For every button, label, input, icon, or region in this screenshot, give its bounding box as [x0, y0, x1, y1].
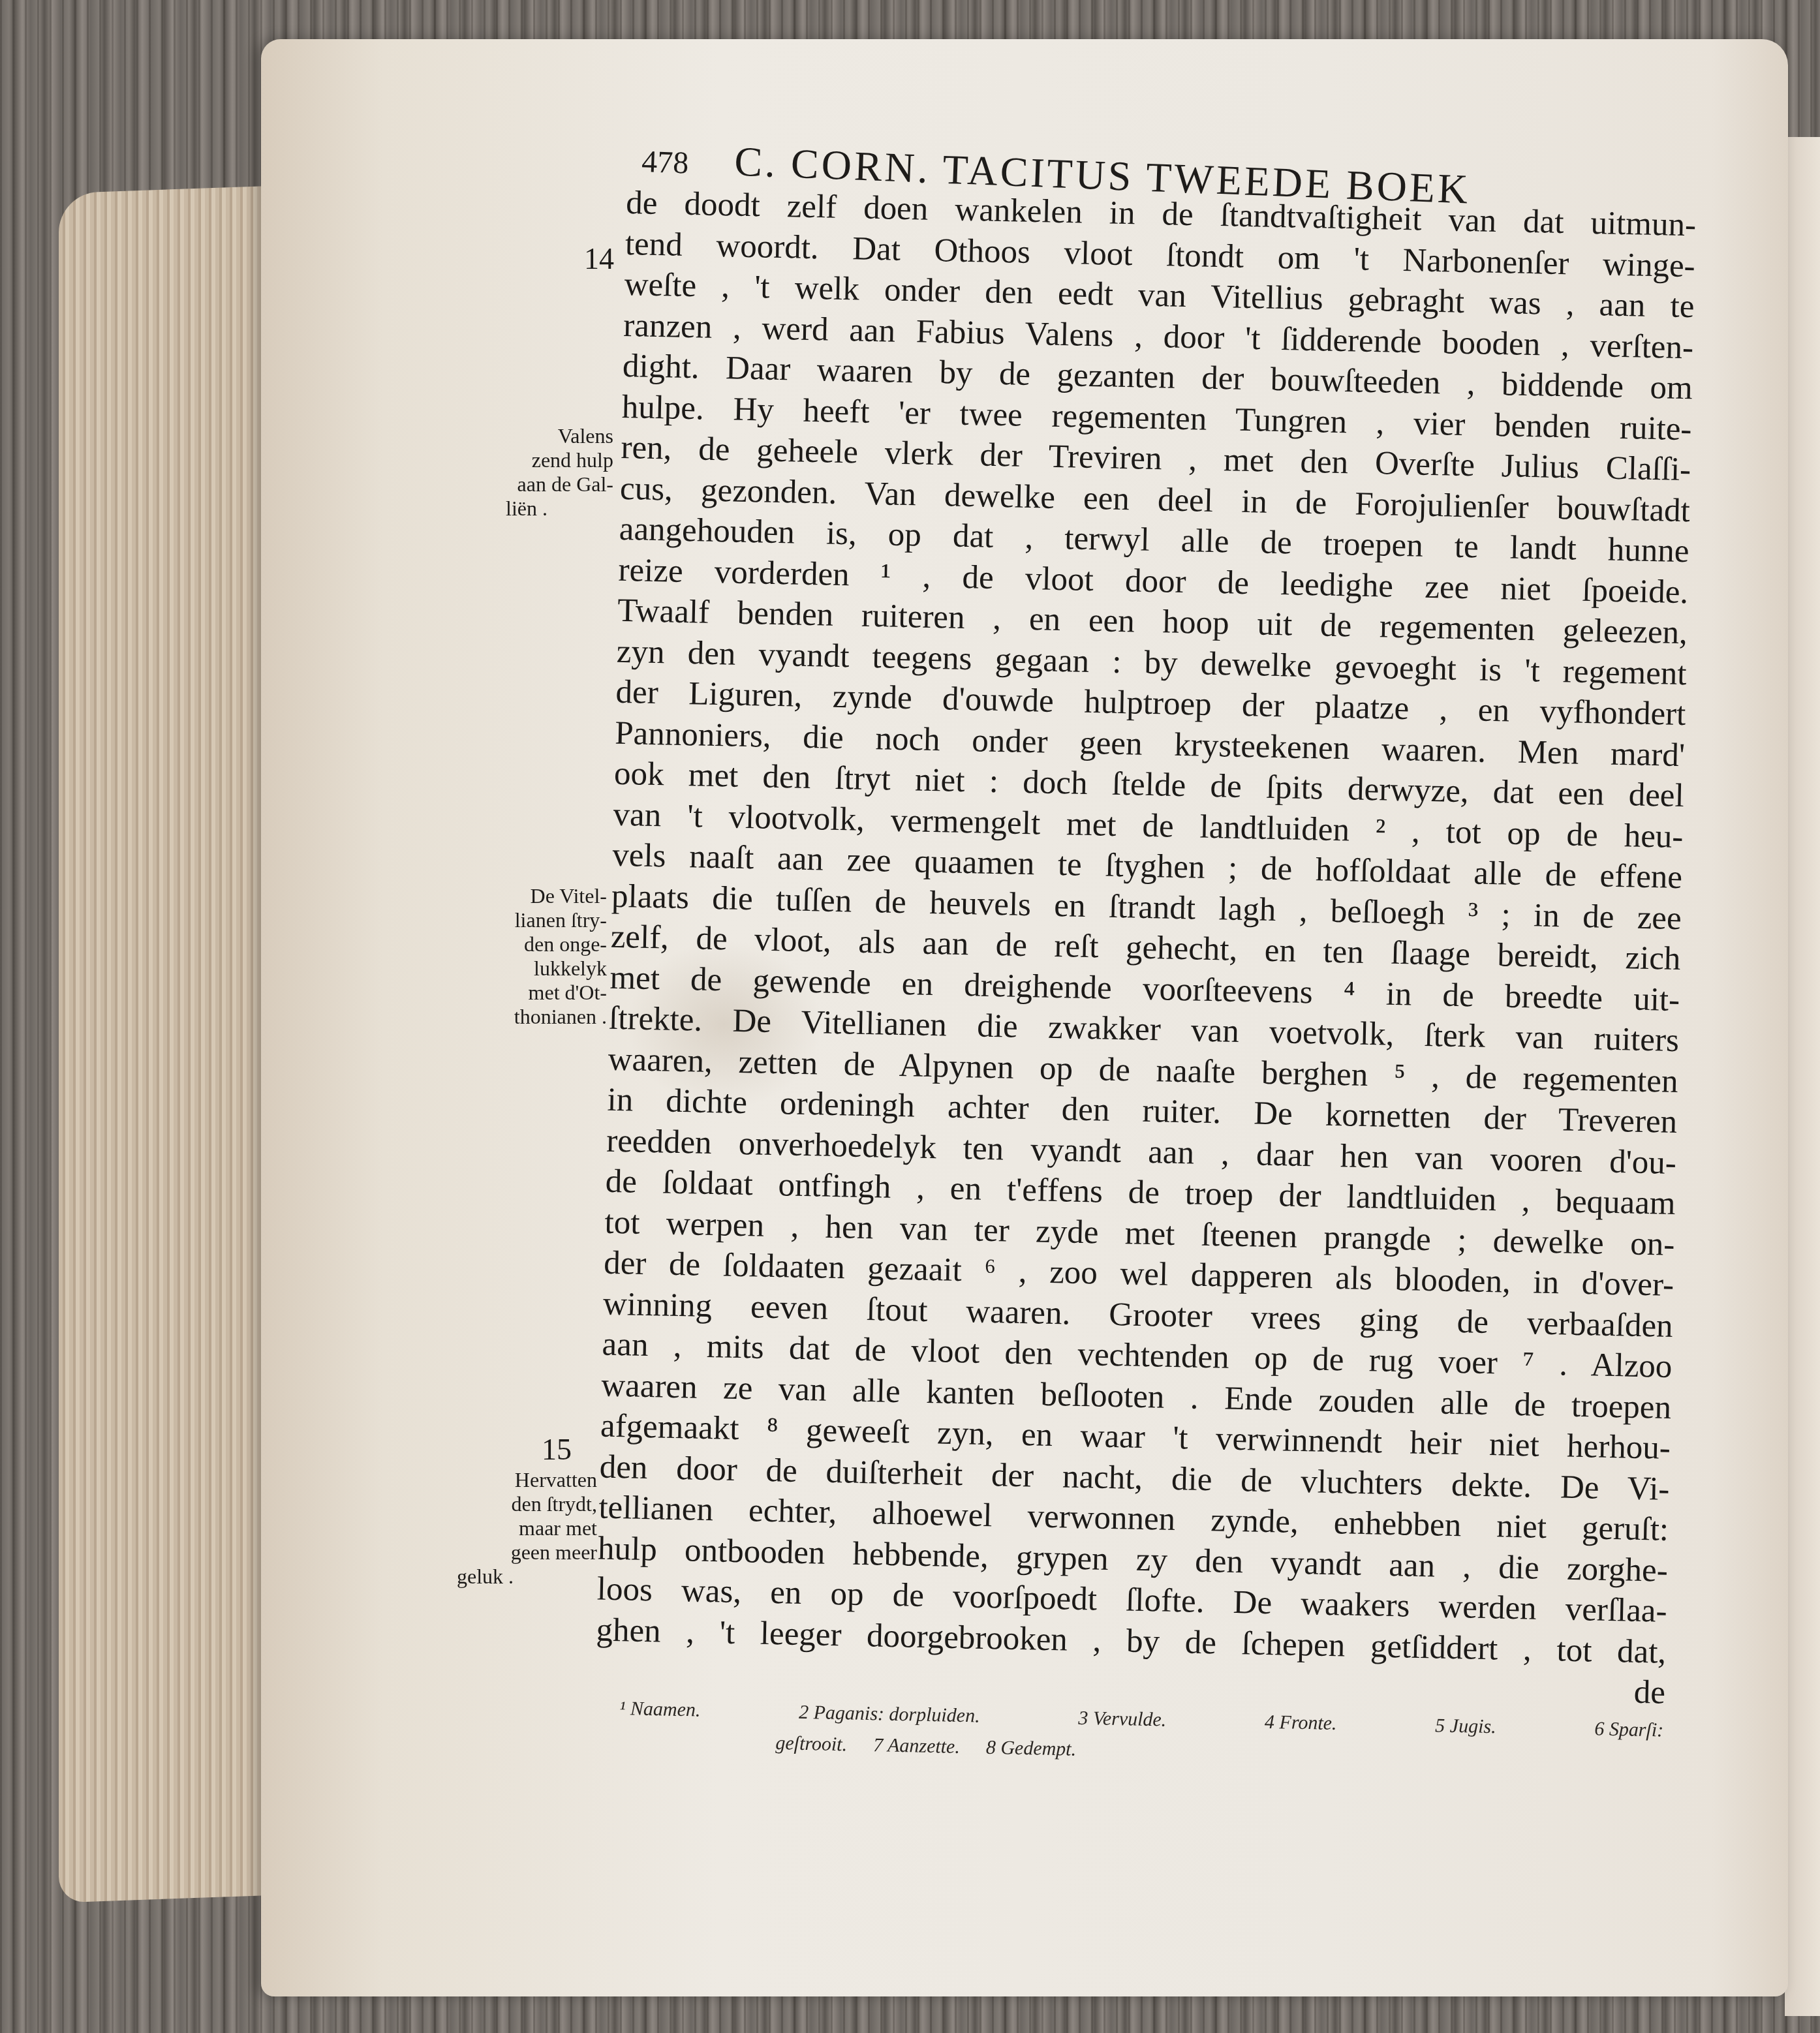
margin-note-line: geluk .: [457, 1565, 597, 1589]
margin-note-line: aan de Gal-: [496, 472, 613, 497]
chapter-number-15: 15: [542, 1432, 572, 1467]
margin-note-valens: Valens zend hulp aan de Gal- liën .: [496, 424, 613, 521]
footnote-3: 3 Vervulde.: [1078, 1703, 1167, 1736]
margin-note-line: den onge-: [486, 932, 607, 956]
footnote-6-continued: geſtrooit.: [775, 1728, 848, 1760]
margin-note-line: Valens: [496, 424, 613, 448]
footnote-4: 4 Fronte.: [1265, 1707, 1338, 1739]
margin-note-line: liën .: [496, 497, 613, 521]
chapter-number-14: 14: [584, 241, 614, 276]
footnote-2: 2 Paganis: dorpluiden.: [799, 1697, 980, 1732]
footnote-5: 5 Jugis.: [1435, 1710, 1496, 1743]
footnote-6: 6 Sparſi:: [1594, 1713, 1664, 1746]
footnote-8: 8 Gedempt.: [985, 1732, 1076, 1765]
margin-note-line: den ſtrydt,: [457, 1492, 597, 1516]
body-text: de doodt zelf doen wankelen in de ſtandt…: [595, 183, 1697, 1713]
margin-note-vitellianen: De Vitel- lianen ſtry- den onge- lukkely…: [486, 884, 607, 1029]
book-page-edges: [59, 185, 294, 1903]
margin-note-line: geen meer: [457, 1540, 597, 1565]
margin-note-line: De Vitel-: [486, 884, 607, 908]
footnote-7: 7 Aanzette.: [873, 1730, 961, 1763]
footnote-1: ¹ Naamen.: [619, 1693, 701, 1726]
page-number: 478: [641, 144, 689, 181]
margin-note-hervatten: Hervatten den ſtrydt, maar met geen meer…: [457, 1468, 597, 1589]
margin-note-line: lianen ſtry-: [486, 908, 607, 932]
margin-note-line: lukkelyk: [486, 956, 607, 981]
margin-note-line: thonianen .: [486, 1005, 607, 1029]
margin-note-line: met d'Ot-: [486, 981, 607, 1005]
margin-note-line: maar met: [457, 1516, 597, 1540]
facing-page-edge: [1785, 137, 1820, 2016]
margin-note-line: zend hulp: [496, 448, 613, 472]
margin-note-line: Hervatten: [457, 1468, 597, 1492]
